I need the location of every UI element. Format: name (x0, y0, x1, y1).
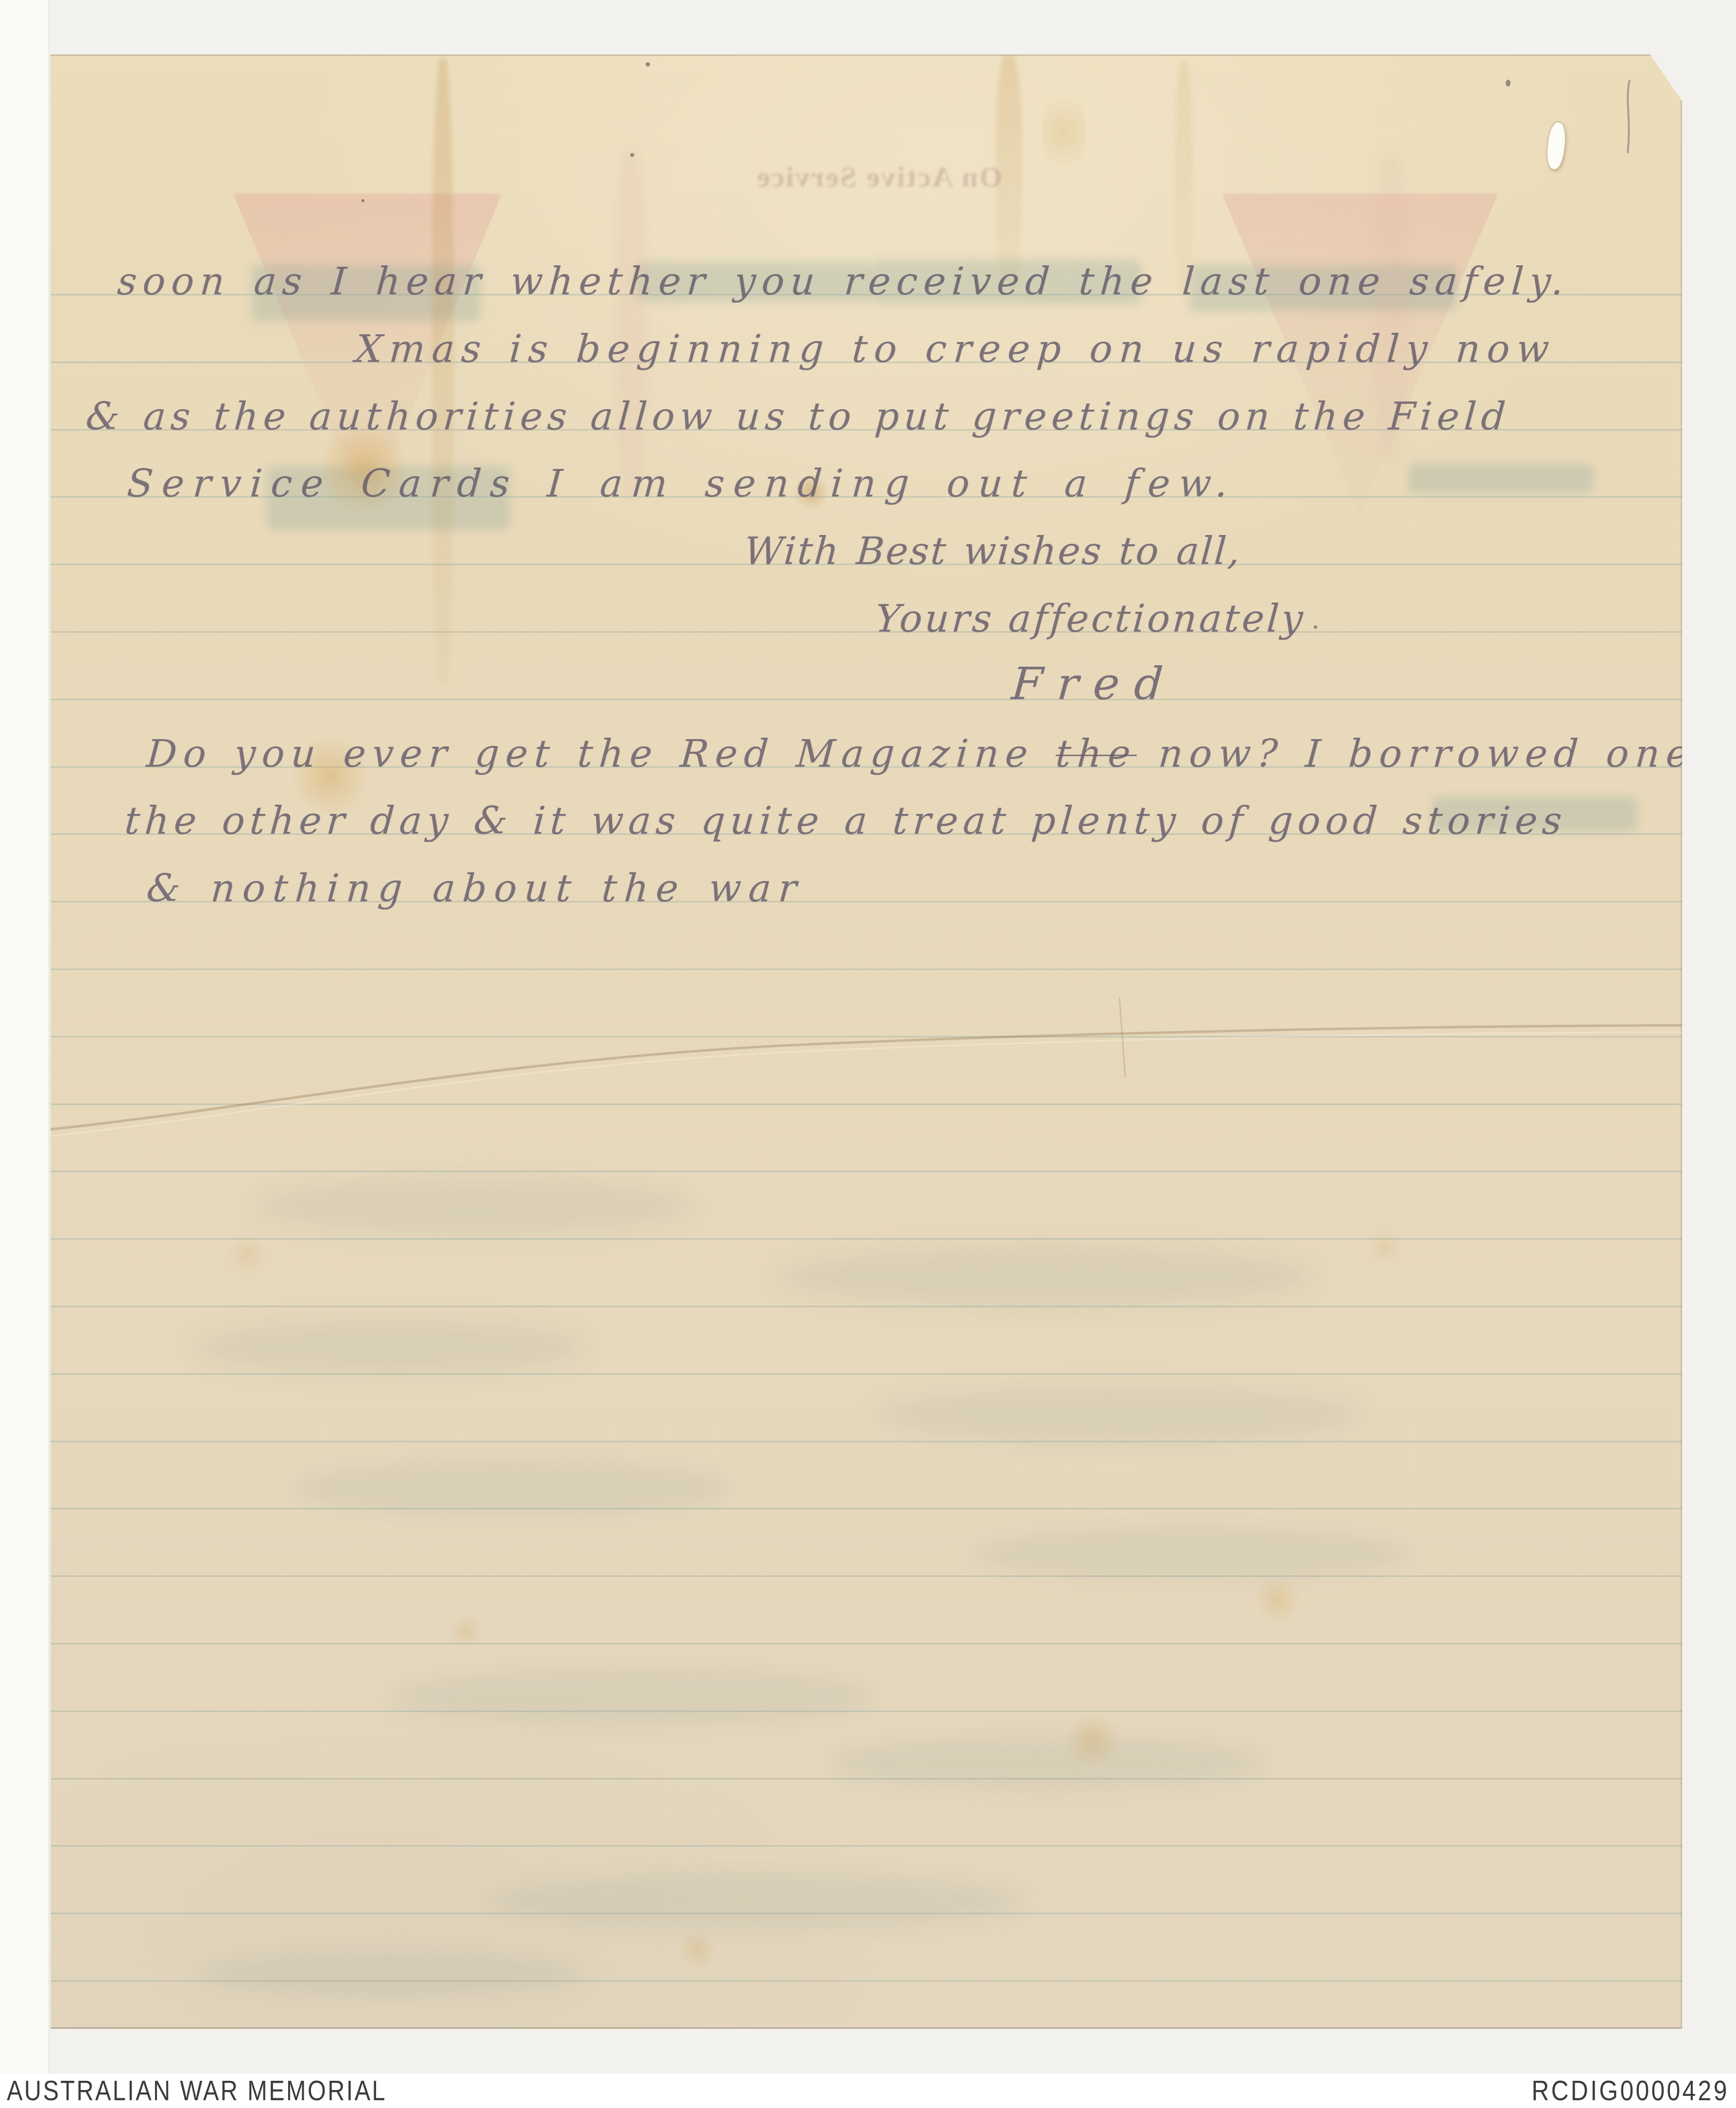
scanner-mat-strip (0, 0, 50, 2108)
handwriting-line-6: Yours affectionately (874, 600, 1306, 638)
handwriting-line-8: Do you ever get the Red Magazine the now… (145, 735, 1696, 773)
handwriting-line-5: With Best wishes to all, (743, 533, 1242, 570)
handwriting-signature: Fred (1010, 662, 1179, 707)
handwriting-line-10: & nothing about the war (145, 870, 805, 908)
struck-word: the (1054, 732, 1138, 776)
handwriting-line-4: Service Cards I am sending out a few. (126, 465, 1238, 503)
paper-bottom-edge (51, 2027, 1682, 2029)
pencil-mark (1628, 80, 1630, 153)
handwriting-line-2: Xmas is beginning to creep on us rapidly… (354, 330, 1557, 368)
handwriting-line-3: & as the authorities allow us to put gre… (85, 398, 1512, 436)
institution-name: AUSTRALIAN WAR MEMORIAL (7, 2074, 387, 2107)
paper-right-edge (1681, 98, 1682, 2027)
archival-scan-page: { "document": { "kind": "Scanned handwri… (0, 0, 1736, 2108)
catalog-footer-bar: AUSTRALIAN WAR MEMORIAL RCDIG0000429 (0, 2073, 1736, 2108)
handwriting-line-9: the other day & it was quite a treat ple… (123, 802, 1568, 840)
handwriting-line-1: soon as I hear whether you received the … (116, 263, 1571, 301)
catalog-reference-id: RCDIG0000429 (1531, 2074, 1729, 2107)
letter-paper: On Active Service (51, 54, 1682, 2029)
